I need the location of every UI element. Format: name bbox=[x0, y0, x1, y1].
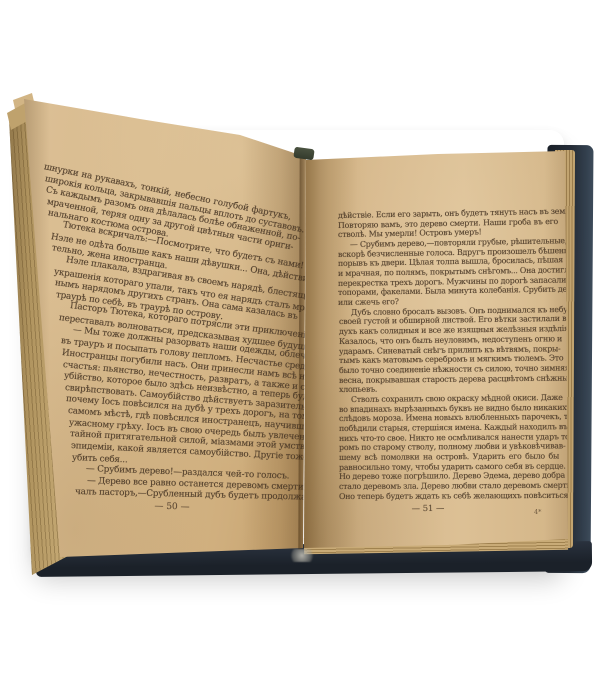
left-page-number: — 50 — bbox=[117, 500, 227, 513]
open-book-photo: шнурки на рукавахъ, тонкій, небесно голу… bbox=[0, 0, 595, 683]
text-line-right-30: Оно теперь будетъ ждать къ себѣ желающих… bbox=[339, 491, 559, 501]
text-line-right-29: стало деревомъ зла. Дерево любви стало д… bbox=[339, 481, 559, 491]
gutter-dust bbox=[288, 549, 316, 562]
text-line-right-23: побѣдили старыя, стершіяся имена. Каждый… bbox=[339, 422, 559, 433]
left-page: шнурки на рукавахъ, тонкій, небесно голу… bbox=[22, 94, 312, 566]
right-page-number: — 51 — bbox=[386, 503, 470, 514]
right-page: дѣйствіе. Если его зарыть, онъ будетъ тя… bbox=[298, 146, 574, 556]
text-line-right-26: шему всѣ помолвки на островѣ. Ударить ег… bbox=[339, 451, 559, 462]
signature-mark: 4* bbox=[534, 508, 541, 516]
text-line-right-28: Но дерево тоже погрѣшило. Дерево Эдема, … bbox=[339, 471, 559, 481]
